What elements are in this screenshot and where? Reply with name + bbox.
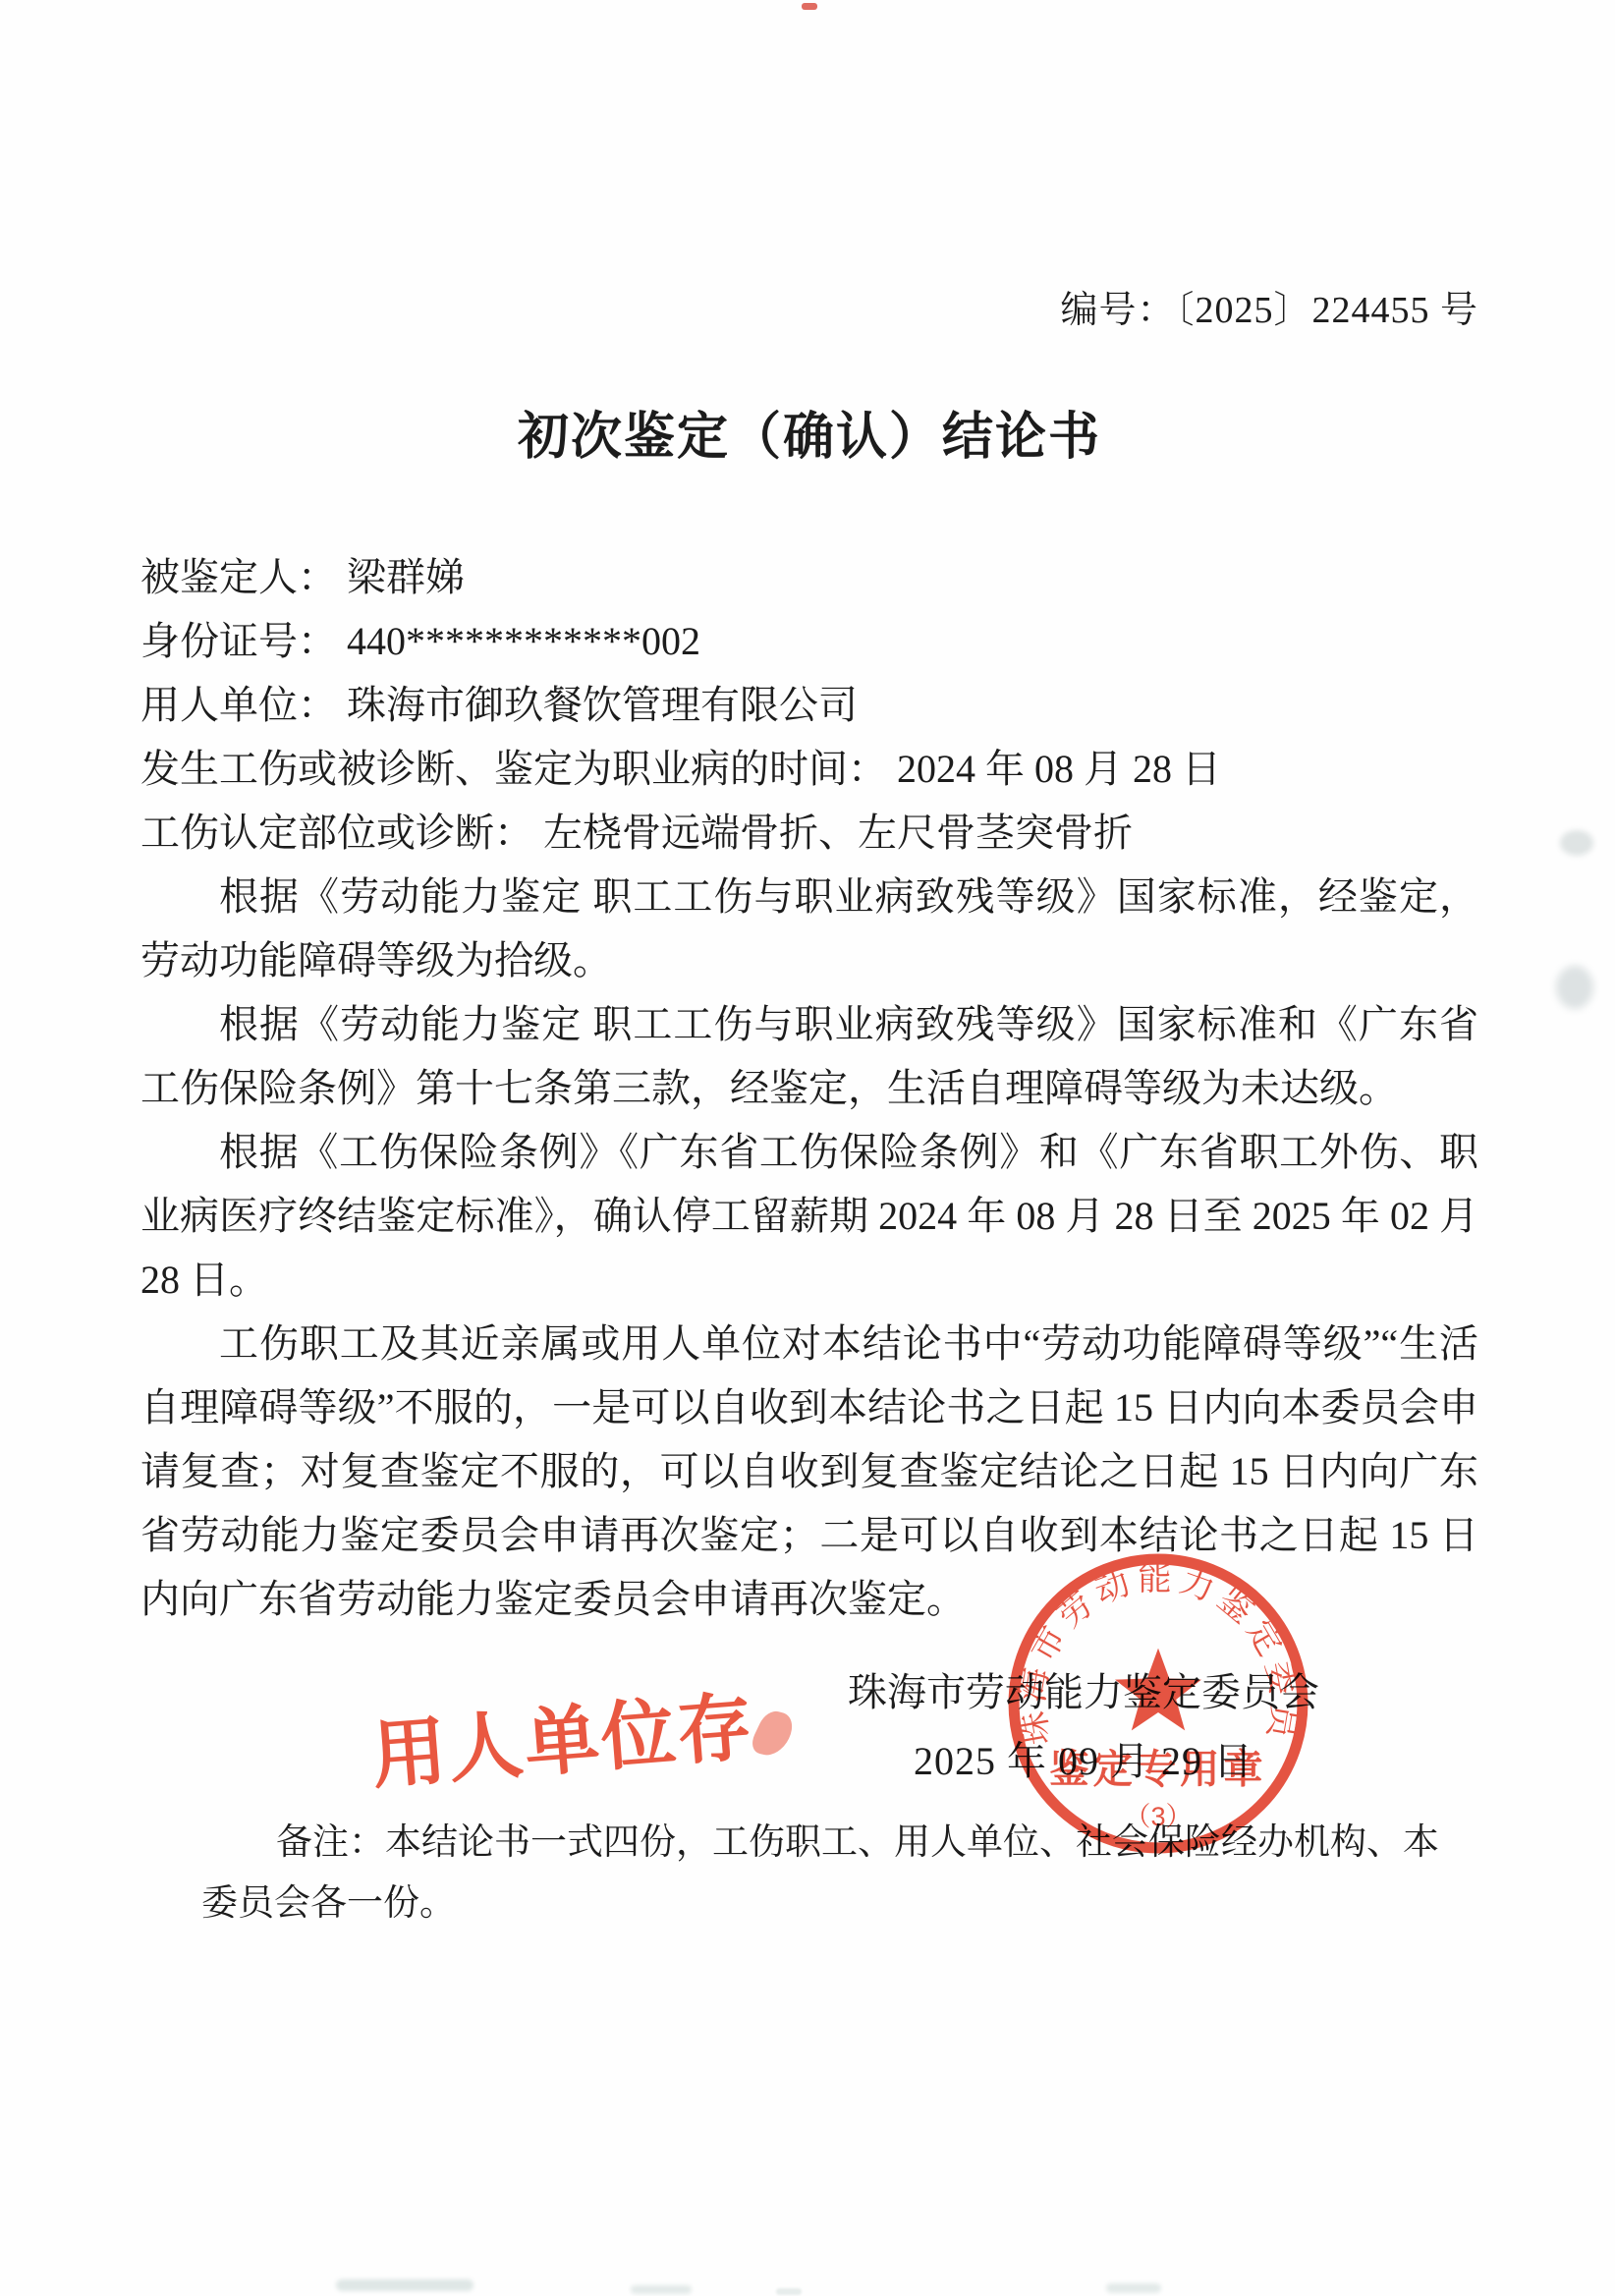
note-label: 备注： [276, 1822, 385, 1863]
scan-bottom-smudge-4 [776, 2288, 802, 2295]
field-diagnosis-value: 左桡骨远端骨折、左尺骨茎突骨折 [543, 811, 1133, 855]
field-diagnosis: 工伤认定部位或诊断：左桡骨远端骨折、左尺骨茎突骨折 [140, 801, 1478, 865]
field-id-number-label: 身份证号： [140, 619, 337, 663]
field-injury-date-value: 2024 年 08 月 28 日 [897, 747, 1221, 791]
paragraph-disability-grade: 根据《劳动能力鉴定 职工工伤与职业病致残等级》国家标准，经鉴定，劳动功能障碍等级… [140, 865, 1478, 992]
seal-center-text: 鉴定专用章 [1049, 1748, 1266, 1792]
seal-number: （3） [1124, 1801, 1192, 1831]
field-employer-value: 珠海市御玖餐饮管理有限公司 [347, 683, 858, 727]
field-injury-date-label: 发生工伤或被诊断、鉴定为职业病的时间： [140, 747, 887, 791]
scan-bottom-smudge-1 [336, 2279, 473, 2291]
field-injury-date: 发生工伤或被诊断、鉴定为职业病的时间：2024 年 08 月 28 日 [140, 737, 1478, 801]
paragraph-selfcare-grade: 根据《劳动能力鉴定 职工工伤与职业病致残等级》国家标准和《广东省工伤保险条例》第… [140, 992, 1478, 1120]
seal-ring-text: 珠海市劳动能力鉴定委员会 [1000, 1545, 1303, 1748]
document-content: 被鉴定人：梁群娣 身份证号：440************002 用人单位：珠海… [140, 545, 1478, 1631]
field-id-number-value: 440************002 [347, 619, 700, 663]
scan-bottom-smudge-2 [631, 2285, 692, 2294]
page-title: 初次鉴定（确认）结论书 [140, 408, 1478, 467]
document-body: 编号：〔2025〕224455 号 初次鉴定（确认）结论书 被鉴定人：梁群娣 身… [0, 287, 1615, 1934]
field-diagnosis-label: 工伤认定部位或诊断： [140, 811, 533, 855]
field-employer: 用人单位：珠海市御玖餐饮管理有限公司 [140, 673, 1478, 737]
field-employer-label: 用人单位： [140, 683, 337, 727]
scan-bottom-smudge-3 [1106, 2283, 1161, 2293]
official-seal: 珠海市劳动能力鉴定委员会 鉴定专用章 （3） [1000, 1545, 1316, 1862]
star-icon [1115, 1649, 1201, 1731]
document-page: 编号：〔2025〕224455 号 初次鉴定（确认）结论书 被鉴定人：梁群娣 身… [0, 0, 1615, 2296]
field-person-label: 被鉴定人： [140, 555, 337, 599]
seal-ring-text-holder: 珠海市劳动能力鉴定委员会 [1000, 1545, 1303, 1748]
scan-speck-red [802, 3, 817, 10]
field-id-number: 身份证号：440************002 [140, 609, 1478, 673]
doc-number: 编号：〔2025〕224455 号 [140, 287, 1478, 334]
field-person: 被鉴定人：梁群娣 [140, 545, 1478, 609]
paragraph-paid-leave-period: 根据《工伤保险条例》《广东省工伤保险条例》和《广东省职工外伤、职业病医疗终结鉴定… [140, 1120, 1478, 1312]
field-person-value: 梁群娣 [347, 555, 465, 599]
